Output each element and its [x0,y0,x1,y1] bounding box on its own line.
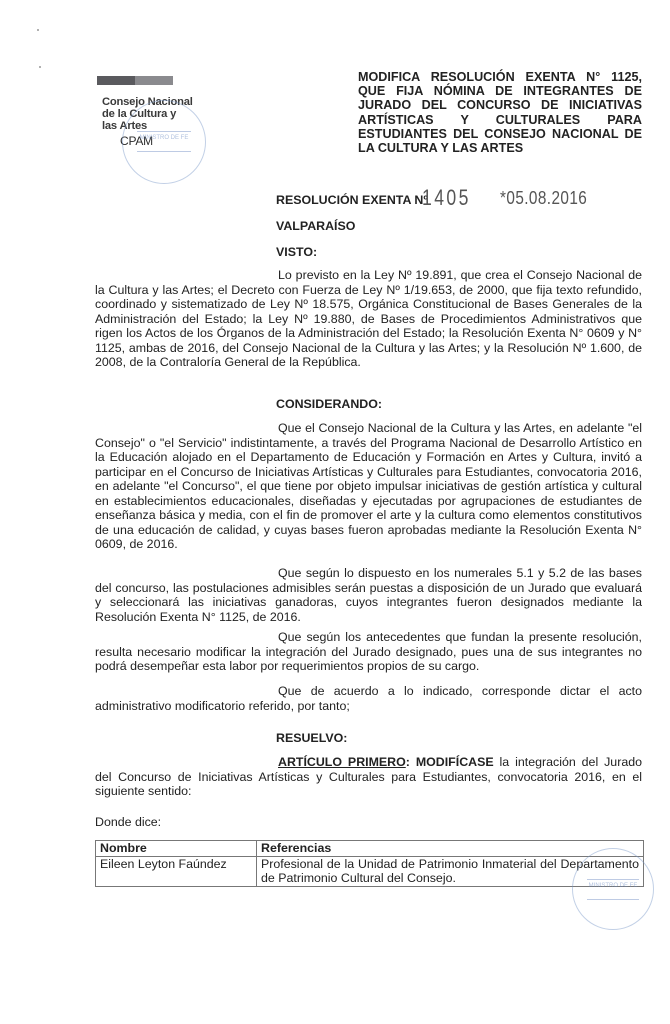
paragraph-text: Que según lo dispuesto en los numerales … [95,566,642,624]
column-header-nombre: Nombre [96,841,257,857]
article-separator: : [406,755,416,769]
considerando-paragraph-2: Que según lo dispuesto en los numerales … [95,566,642,624]
donde-dice-label: Donde dice: [95,815,642,830]
official-stamp: MINISTRO DE FE [572,848,654,930]
paragraph-text: Que según los antecedentes que fundan la… [95,630,642,673]
considerando-paragraph-4: Que de acuerdo a lo indicado, correspond… [95,684,642,713]
official-stamp: MINISTRO DE FE [122,100,206,184]
visto-paragraph: Lo previsto en la Ley Nº 19.891, que cre… [95,268,642,370]
jury-table: Nombre Referencias Eileen Leyton Faúndez… [95,840,644,887]
document-title: MODIFICA RESOLUCIÓN EXENTA N° 1125, QUE … [358,70,642,155]
resuelvo-heading: RESUELVO: [276,731,347,745]
table-row: Eileen Leyton Faúndez Profesional de la … [96,856,644,886]
article-label: ARTÍCULO PRIMERO [278,755,406,769]
table-header-row: Nombre Referencias [96,841,644,857]
visto-heading: VISTO: [276,245,317,259]
considerando-paragraph-1: Que el Consejo Nacional de la Cultura y … [95,421,642,552]
stamp-center-text: MINISTRO DE FE [133,135,195,141]
scan-speck [39,66,41,68]
considerando-paragraph-3: Que según los antecedentes que fundan la… [95,630,642,674]
article-verb: MODIFÍCASE [416,755,494,769]
resolution-date: *05.08.2016 [500,188,587,209]
column-header-referencias: Referencias [257,841,644,857]
scan-speck [37,29,39,31]
paragraph-text: Lo previsto en la Ley Nº 19.891, que cre… [95,268,642,369]
resolution-number: 1405 [422,185,471,211]
considerando-heading: CONSIDERANDO: [276,397,382,411]
article-primero-paragraph: ARTÍCULO PRIMERO: MODIFÍCASE la integrac… [95,755,642,799]
resolution-label: RESOLUCIÓN EXENTA Nº [276,193,428,207]
stamp-center-text: MINISTRO DE FE [583,883,643,889]
city: VALPARAÍSO [276,219,355,233]
paragraph-text: Que el Consejo Nacional de la Cultura y … [95,421,642,551]
cell-nombre: Eileen Leyton Faúndez [96,856,257,886]
paragraph-text: Que de acuerdo a lo indicado, correspond… [95,684,642,713]
logo-bar [97,76,173,85]
